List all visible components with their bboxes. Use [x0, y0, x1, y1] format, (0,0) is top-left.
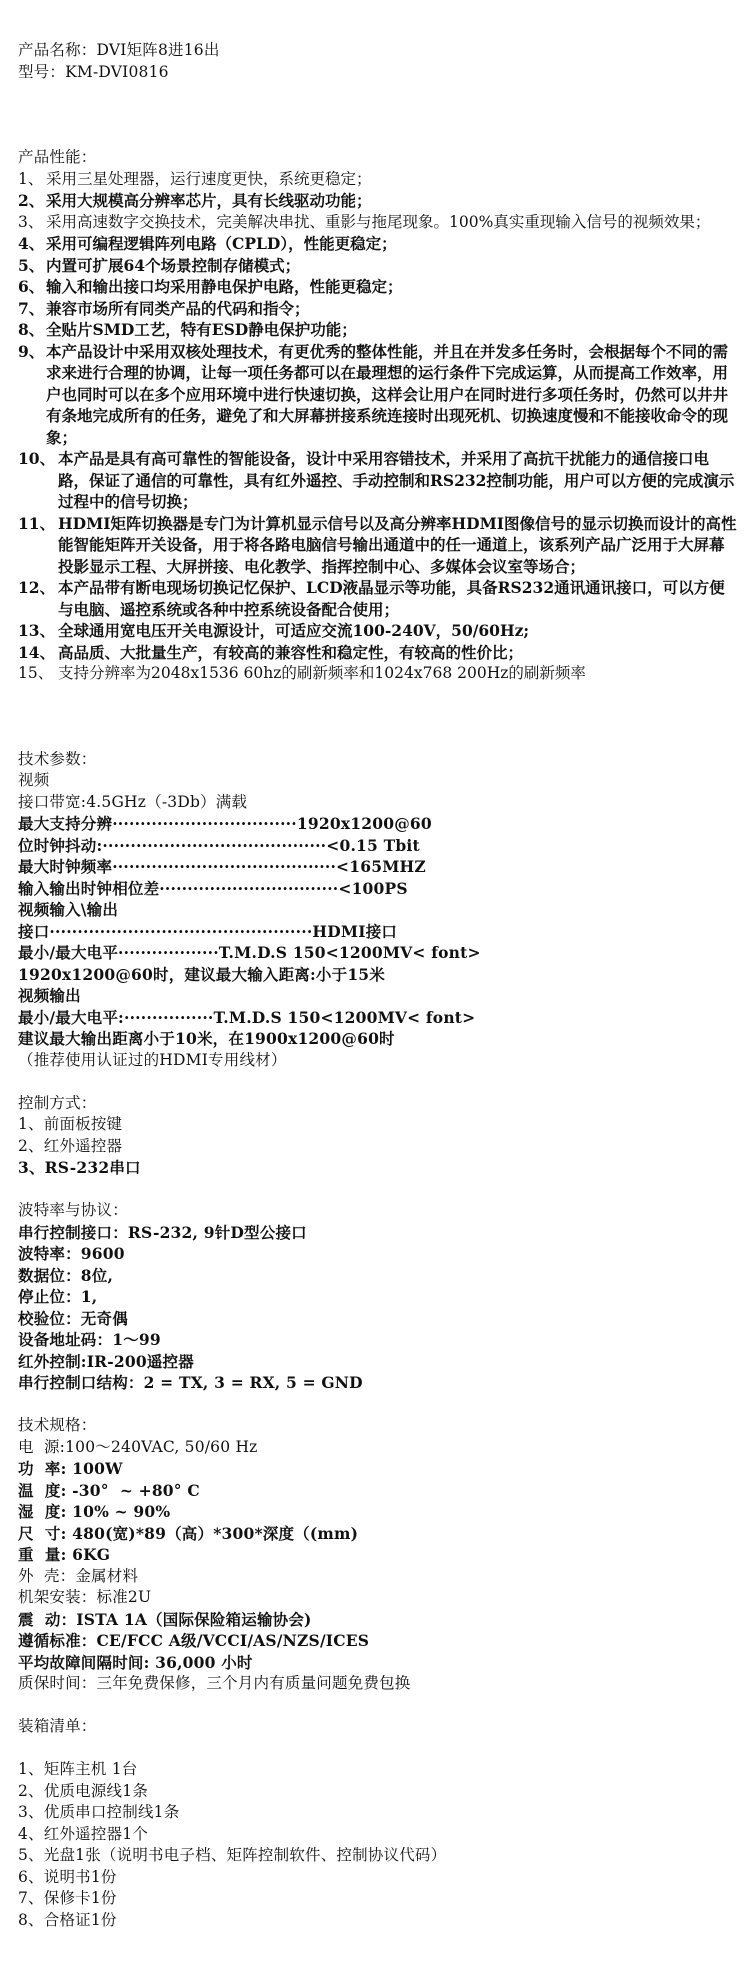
tech-params-title: 技术参数： [18, 749, 738, 771]
spacer [18, 83, 738, 147]
spacer [18, 1394, 738, 1416]
packing-line: 6、说明书1份 [18, 1867, 738, 1889]
protocol-line: 串行控制接口：RS-232, 9针D型公接口 [18, 1222, 738, 1244]
performance-item: 1、 采用三星处理器，运行速度更快，系统更稳定； [18, 169, 738, 191]
performance-item: 6、输入和输出接口均采用静电保护电路，性能更稳定； [18, 276, 738, 298]
spec-line: 机架安装：标准2U [18, 1587, 738, 1609]
spec-line: 外 壳：金属材料 [18, 1566, 738, 1588]
packing-line: 7、保修卡1份 [18, 1888, 738, 1910]
protocol-line: 红外控制:IR-200遥控器 [18, 1351, 738, 1373]
performance-item: 10、本产品是具有高可靠性的智能设备，设计中采用容错技术，并采用了高抗干扰能力的… [18, 448, 738, 513]
spec-line: 遵循标准：CE/FCC A级/VCCI/AS/NZS/ICES [18, 1630, 738, 1652]
protocol-title: 波特率与协议： [18, 1200, 738, 1222]
tech-param-line: 最小/最大电平··················T.M.D.S 150<120… [18, 942, 738, 964]
performance-item: 12、本产品带有断电现场切换记忆保护、LCD液晶显示等功能，具备RS232通讯通… [18, 577, 738, 620]
spec-line: 平均故障间隔时间: 36,000 小时 [18, 1652, 738, 1674]
performance-item: 3、 采用高速数字交换技术，完美解决串扰、重影与拖尾现象。100%真实重现输入信… [18, 212, 738, 234]
tech-param-line: 建议最大输出距离小于10米，在1900x1200@60时 [18, 1028, 738, 1050]
control-section: 控制方式： 1、前面板按键 2、红外遥控器 3、RS-232串口 [18, 1093, 738, 1179]
spacer [18, 1695, 738, 1717]
spacer [18, 685, 738, 749]
spec-line: 温 度: -30° ~ +80° C [18, 1480, 738, 1502]
packing-line: 2、优质电源线1条 [18, 1781, 738, 1803]
protocol-line: 数据位：8位, [18, 1265, 738, 1287]
control-line: 3、RS-232串口 [18, 1157, 738, 1179]
spec-line: 重 量: 6KG [18, 1544, 738, 1566]
performance-item: 7、兼容市场所有同类产品的代码和指令； [18, 298, 738, 320]
tech-param-line: 最小/最大电平:················T.M.D.S 150<1200… [18, 1007, 738, 1029]
performance-item: 4、采用可编程逻辑阵列电路（CPLD），性能更稳定； [18, 233, 738, 255]
protocol-line: 设备地址码：1～99 [18, 1329, 738, 1351]
protocol-line: 串行控制口结构：2 = TX, 3 = RX, 5 = GND [18, 1372, 738, 1394]
tech-param-line: 视频输出 [18, 985, 738, 1007]
tech-param-line: 接口带宽:4.5GHz（-3Db）满载 [18, 792, 738, 814]
spacer [18, 1738, 738, 1760]
product-model: 型号：KM-DVI0816 [18, 62, 738, 84]
specs-title: 技术规格： [18, 1415, 738, 1437]
spec-line: 功 率: 100W [18, 1458, 738, 1480]
tech-param-line: （推荐使用认证过的HDMI专用线材） [18, 1050, 738, 1072]
spec-line: 电 源:100～240VAC, 50/60 Hz [18, 1437, 738, 1459]
performance-section: 产品性能： 1、 采用三星处理器，运行速度更快，系统更稳定； 2、采用大规模高分… [18, 147, 738, 685]
spacer [18, 1179, 738, 1201]
performance-item: 2、采用大规模高分辨率芯片，具有长线驱动功能； [18, 190, 738, 212]
specs-section: 技术规格： 电 源:100～240VAC, 50/60 Hz 功 率: 100W… [18, 1415, 738, 1695]
spec-line: 质保时间：三年免费保修，三个月内有质量问题免费包换 [18, 1673, 738, 1695]
performance-item: 14、高品质、大批量生产，有较高的兼容性和稳定性，有较高的性价比； [18, 642, 738, 664]
protocol-line: 停止位：1, [18, 1286, 738, 1308]
tech-params-section: 技术参数： 视频 接口带宽:4.5GHz（-3Db）满载 最大支持分辨·····… [18, 749, 738, 1072]
packing-title: 装箱清单： [18, 1716, 738, 1738]
packing-line: 8、合格证1份 [18, 1910, 738, 1932]
spec-line: 湿 度: 10% ~ 90% [18, 1501, 738, 1523]
tech-param-line: 最大时钟频率··································… [18, 856, 738, 878]
protocol-line: 校验位：无奇偶 [18, 1308, 738, 1330]
tech-param-line: 输入输出时钟相位差·······························… [18, 878, 738, 900]
performance-item: 8、全贴片SMD工艺，特有ESD静电保护功能； [18, 319, 738, 341]
tech-param-line: 接口······································… [18, 921, 738, 943]
spec-line: 震 动：ISTA 1A（国际保险箱运输协会) [18, 1609, 738, 1631]
packing-line: 3、优质串口控制线1条 [18, 1802, 738, 1824]
packing-section: 装箱清单： 1、矩阵主机 1台 2、优质电源线1条 3、优质串口控制线1条 4、… [18, 1716, 738, 1931]
tech-param-line: 视频输入\输出 [18, 899, 738, 921]
product-document: 产品名称：DVI矩阵8进16出 型号：KM-DVI0816 产品性能： 1、 采… [18, 40, 738, 1931]
protocol-section: 波特率与协议： 串行控制接口：RS-232, 9针D型公接口 波特率：9600 … [18, 1200, 738, 1394]
control-title: 控制方式： [18, 1093, 738, 1115]
performance-item: 9、本产品设计中采用双核处理技术，有更优秀的整体性能，并且在并发多任务时，会根据… [18, 341, 738, 449]
tech-param-line: 最大支持分辨·································1… [18, 813, 738, 835]
performance-title: 产品性能： [18, 147, 738, 169]
product-name: 产品名称：DVI矩阵8进16出 [18, 40, 738, 62]
protocol-line: 波特率：9600 [18, 1243, 738, 1265]
tech-param-line: 位时钟抖动:··································… [18, 835, 738, 857]
control-line: 1、前面板按键 [18, 1114, 738, 1136]
performance-item: 15、 支持分辨率为2048x1536 60hz的刷新频率和1024x768 2… [18, 663, 738, 685]
packing-line: 1、矩阵主机 1台 [18, 1759, 738, 1781]
performance-item: 11、HDMI矩阵切换器是专门为计算机显示信号以及高分辨率HDMI图像信号的显示… [18, 513, 738, 578]
spec-line: 尺 寸: 480(宽)*89（高）*300*深度（(mm) [18, 1523, 738, 1545]
tech-param-line: 视频 [18, 770, 738, 792]
packing-line: 4、红外遥控器1个 [18, 1824, 738, 1846]
control-line: 2、红外遥控器 [18, 1136, 738, 1158]
product-header: 产品名称：DVI矩阵8进16出 型号：KM-DVI0816 [18, 40, 738, 83]
tech-param-line: 1920x1200@60时，建议最大输入距离:小于15米 [18, 964, 738, 986]
packing-line: 5、光盘1张（说明书电子档、矩阵控制软件、控制协议代码） [18, 1845, 738, 1867]
performance-item: 13、全球通用宽电压开关电源设计，可适应交流100-240V，50/60Hz; [18, 620, 738, 642]
spacer [18, 1071, 738, 1093]
performance-item: 5、内置可扩展64个场景控制存储模式； [18, 255, 738, 277]
